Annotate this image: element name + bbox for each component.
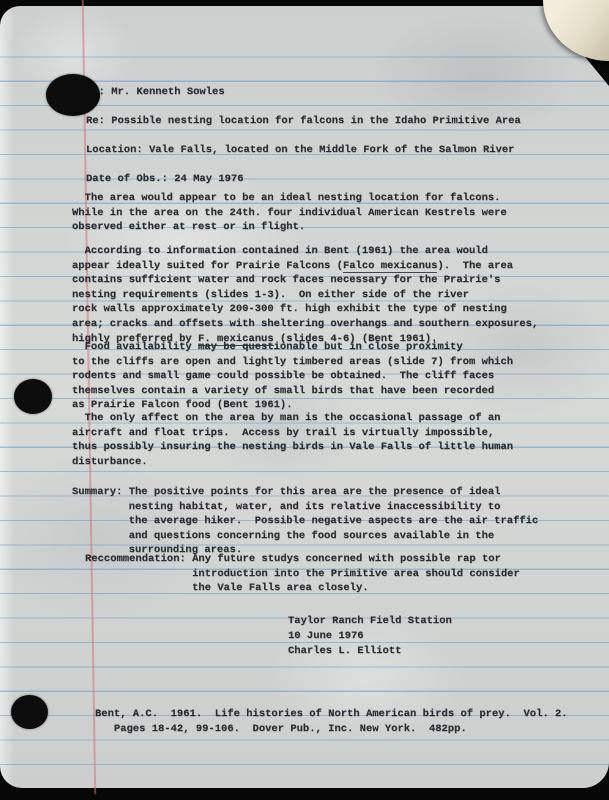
typed-line: Pages 18-42, 99-106. Dover Pub., Inc. Ne… xyxy=(95,722,568,737)
typed-text: The only affect on the area by man is th… xyxy=(72,412,500,424)
typed-line: contains sufficient water and rock faces… xyxy=(72,273,538,288)
typed-text: themselves contain a variety of small bi… xyxy=(72,385,494,397)
paragraph-4: The only affect on the area by man is th… xyxy=(72,411,513,469)
typed-text: Pages 18-42, 99-106. Dover Pub., Inc. Ne… xyxy=(95,723,467,735)
typed-text: to the cliffs are open and lightly timbe… xyxy=(72,356,513,368)
typed-line: The only affect on the area by man is th… xyxy=(72,411,513,426)
typed-text: While in the area on the 24th. four indi… xyxy=(72,207,507,219)
typed-line: Food availability may be questionable bu… xyxy=(72,340,513,355)
paragraph-3: Food availability may be questionable bu… xyxy=(72,340,513,413)
typed-text: Food availability may be questionable bu… xyxy=(72,341,463,353)
typed-text: The area would appear to be an ideal nes… xyxy=(72,192,500,204)
typed-text: observed either at rest or in flight. xyxy=(72,221,305,233)
hole-punch-bottom xyxy=(11,695,48,729)
typed-text: Date of Obs.: 24 May 1976 xyxy=(86,173,244,185)
typed-line: Bent, A.C. 1961. Life histories of North… xyxy=(95,707,568,722)
memo-header: To: Mr. Kenneth SowlesRe: Possible nesti… xyxy=(86,78,521,194)
typed-text: introduction into the Primitive area sho… xyxy=(85,568,520,580)
typed-line: appear ideally suited for Prairie Falcon… xyxy=(72,259,538,274)
typed-text: the average hiker. Possible negative asp… xyxy=(72,515,538,527)
typed-text: nesting habitat, water, and its relative… xyxy=(72,501,500,513)
typed-text: area; cracks and offsets with sheltering… xyxy=(72,318,538,330)
typed-text: thus possibly insuring the nesting birds… xyxy=(72,441,513,453)
typed-line: area; cracks and offsets with sheltering… xyxy=(72,317,538,332)
typed-text: Reccommendation: Any future studys conce… xyxy=(85,553,501,565)
typed-text: the Vale Falls area closely. xyxy=(85,582,369,594)
typed-line: to the cliffs are open and lightly timbe… xyxy=(72,355,513,370)
typed-text-layer: To: Mr. Kenneth SowlesRe: Possible nesti… xyxy=(0,0,609,800)
typed-text: Taylor Ranch Field Station xyxy=(288,615,452,627)
summary-block: Summary: The positive points for this ar… xyxy=(72,485,538,558)
scanned-document-page: To: Mr. Kenneth SowlesRe: Possible nesti… xyxy=(0,0,609,800)
underlined-species-name: Falco mexicanus xyxy=(343,260,438,273)
typed-text: and questions concerning the food source… xyxy=(72,530,494,542)
typed-line: observed either at rest or in flight. xyxy=(72,220,507,235)
typed-line: aircraft and float trips. Access by trai… xyxy=(72,426,513,441)
reference-citation: Bent, A.C. 1961. Life histories of North… xyxy=(95,707,568,736)
typed-text: contains sufficient water and rock faces… xyxy=(72,274,500,286)
typed-line: nesting habitat, water, and its relative… xyxy=(72,500,538,515)
typed-text: Re: Possible nesting location for falcon… xyxy=(86,115,521,127)
typed-text: nesting requirements (slides 1-3). On ei… xyxy=(72,289,469,301)
typed-line: Charles L. Elliott xyxy=(288,644,452,659)
typed-line: According to information contained in Be… xyxy=(72,244,538,259)
typed-line: nesting requirements (slides 1-3). On ei… xyxy=(72,288,538,303)
typed-line: Re: Possible nesting location for falcon… xyxy=(86,107,521,136)
typed-line: Date of Obs.: 24 May 1976 xyxy=(86,165,521,194)
hole-punch-top xyxy=(46,74,100,116)
hole-punch-middle xyxy=(14,379,52,414)
typed-line: To: Mr. Kenneth Sowles xyxy=(86,78,521,107)
typed-line: and questions concerning the food source… xyxy=(72,529,538,544)
typed-line: themselves contain a variety of small bi… xyxy=(72,384,513,399)
typed-line: the Vale Falls area closely. xyxy=(85,581,520,596)
signature-block: Taylor Ranch Field Station10 June 1976Ch… xyxy=(288,614,452,658)
typed-line: rodents and small game could possible be… xyxy=(72,369,513,384)
typed-text: ). The area xyxy=(437,260,513,272)
typed-line: Taylor Ranch Field Station xyxy=(288,614,452,629)
typed-text: rock walls approximately 200-300 ft. hig… xyxy=(72,303,507,315)
typed-line: While in the area on the 24th. four indi… xyxy=(72,206,507,221)
typed-text: as Prairie Falcon food (Bent 1961). xyxy=(72,399,293,411)
typed-line: rock walls approximately 200-300 ft. hig… xyxy=(72,302,538,317)
typed-line: the average hiker. Possible negative asp… xyxy=(72,514,538,529)
typed-line: Summary: The positive points for this ar… xyxy=(72,485,538,500)
recommendation-block: Reccommendation: Any future studys conce… xyxy=(85,552,520,596)
paragraph-2: According to information contained in Be… xyxy=(72,244,538,346)
typed-text: disturbance. xyxy=(72,456,148,468)
typed-text: Location: Vale Falls, located on the Mid… xyxy=(86,144,514,156)
typed-line: The area would appear to be an ideal nes… xyxy=(72,191,507,206)
typed-text: Summary: The positive points for this ar… xyxy=(72,486,500,498)
typed-line: Location: Vale Falls, located on the Mid… xyxy=(86,136,521,165)
typed-text: appear ideally suited for Prairie Falcon… xyxy=(72,260,343,272)
typed-text: Charles L. Elliott xyxy=(288,645,401,657)
typed-line: 10 June 1976 xyxy=(288,629,452,644)
paragraph-1: The area would appear to be an ideal nes… xyxy=(72,191,507,235)
typed-text: 10 June 1976 xyxy=(288,630,364,642)
typed-line: thus possibly insuring the nesting birds… xyxy=(72,440,513,455)
typed-text: To: Mr. Kenneth Sowles xyxy=(86,86,225,98)
typed-text: aircraft and float trips. Access by trai… xyxy=(72,427,494,439)
typed-line: introduction into the Primitive area sho… xyxy=(85,567,520,582)
typed-text: According to information contained in Be… xyxy=(72,245,488,257)
typed-text: rodents and small game could possible be… xyxy=(72,370,494,382)
typed-line: Reccommendation: Any future studys conce… xyxy=(85,552,520,567)
typed-text: Bent, A.C. 1961. Life histories of North… xyxy=(95,708,568,720)
typed-line: disturbance. xyxy=(72,455,513,470)
